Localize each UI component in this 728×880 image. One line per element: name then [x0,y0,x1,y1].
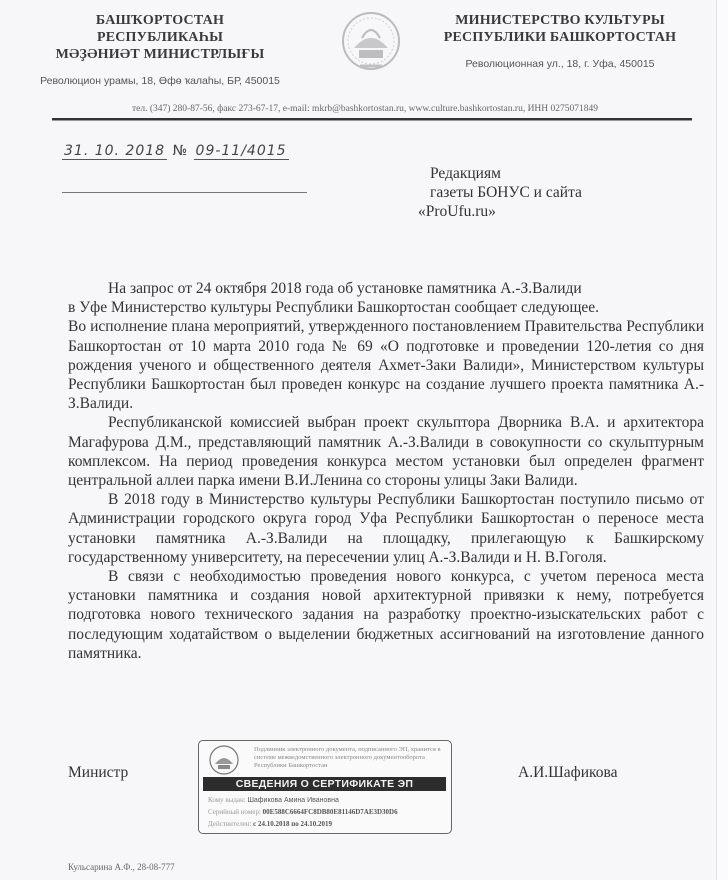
signer-name: А.И.Шафикова [518,764,617,782]
coat-of-arms-icon [340,8,402,78]
body-paragraph: Республиканской комиссией выбран проект … [68,413,704,490]
body-paragraph: Во исполнение плана мероприятий, утвержд… [68,317,704,413]
stamp-emblem-icon [207,744,241,776]
body-paragraph: На запрос от 24 октября 2018 года об уст… [68,279,704,298]
stamp-validity: Действителен: с 24.10.2018 по 24.10.2019 [208,820,332,828]
contacts-line: тел. (347) 280-87-56, факс 273-67-17, e-… [60,104,670,114]
letter-body: На запрос от 24 октября 2018 года об уст… [68,279,704,663]
body-paragraph: В связи с необходимостью проведения ново… [68,567,704,663]
body-paragraph: В 2018 году в Министерство культуры Респ… [68,490,704,567]
registration-number: 09-11/4015 [194,143,289,160]
valid-label: Действителен: [208,820,251,828]
signer-title: Министр [68,764,128,782]
number-sign: № [173,143,189,159]
header-left-title-1: БАШҠОРТОСТАН РЕСПУБЛИКАҺЫ [40,12,280,46]
registration-line: 31. 10. 2018 № 09-11/4015 [62,143,307,159]
executor-note: Кульсарина А.Ф., 28-08-777 [68,862,175,872]
addressee-block: Редакциям газеты БОНУС и сайта «ProUfu.r… [418,164,582,221]
addressee-line-2: газеты БОНУС и сайта [418,183,582,202]
serial-label: Серийный номер: [208,808,261,816]
header-left-title-2: МӘҘӘНИӘТ МИНИСТРЛЫҒЫ [40,46,280,63]
stamp-note: Подлинник электронного документа, подпис… [254,746,446,770]
stamp-banner: СВЕДЕНИЯ О СЕРТИФИКАТЕ ЭП [203,777,446,791]
issued-to-label: Кому выдан: [208,796,246,804]
header-left-bashkir: БАШҠОРТОСТАН РЕСПУБЛИКАҺЫ МӘҘӘНИӘТ МИНИС… [40,12,280,87]
serial-value: 00E588C6664FC8DB80E81146D7AE3D30D6 [263,808,398,816]
header-divider [52,118,692,121]
stamp-serial: Серийный номер: 00E588C6664FC8DB80E81146… [208,808,398,816]
addressee-line-3: «ProUfu.ru» [418,202,582,221]
issued-to-value: Шафикова Амина Ивановна [247,797,338,804]
header-right-address: Революционная ул., 18, г. Уфа, 450015 [440,58,680,70]
stamp-issued-to: Кому выдан: Шафикова Амина Ивановна [208,796,339,804]
reference-blank-line [62,192,307,193]
header-right-russian: МИНИСТЕРСТВО КУЛЬТУРЫ РЕСПУБЛИКИ БАШКОРТ… [440,12,680,70]
registration-date: 31. 10. 2018 [62,143,167,160]
header-right-title-2: РЕСПУБЛИКИ БАШКОРТОСТАН [440,29,680,46]
body-paragraph: в Уфе Министерство культуры Республики Б… [68,298,704,317]
e-signature-certificate-stamp: Подлинник электронного документа, подпис… [198,740,452,834]
page-edge [716,0,728,880]
header-left-address: Революцион урамы, 18, Өфө ҡалаһы, БР, 45… [40,75,280,87]
header-right-title-1: МИНИСТЕРСТВО КУЛЬТУРЫ [440,12,680,29]
valid-value: с 24.10.2018 по 24.10.2019 [253,820,332,828]
addressee-line-1: Редакциям [418,164,582,183]
